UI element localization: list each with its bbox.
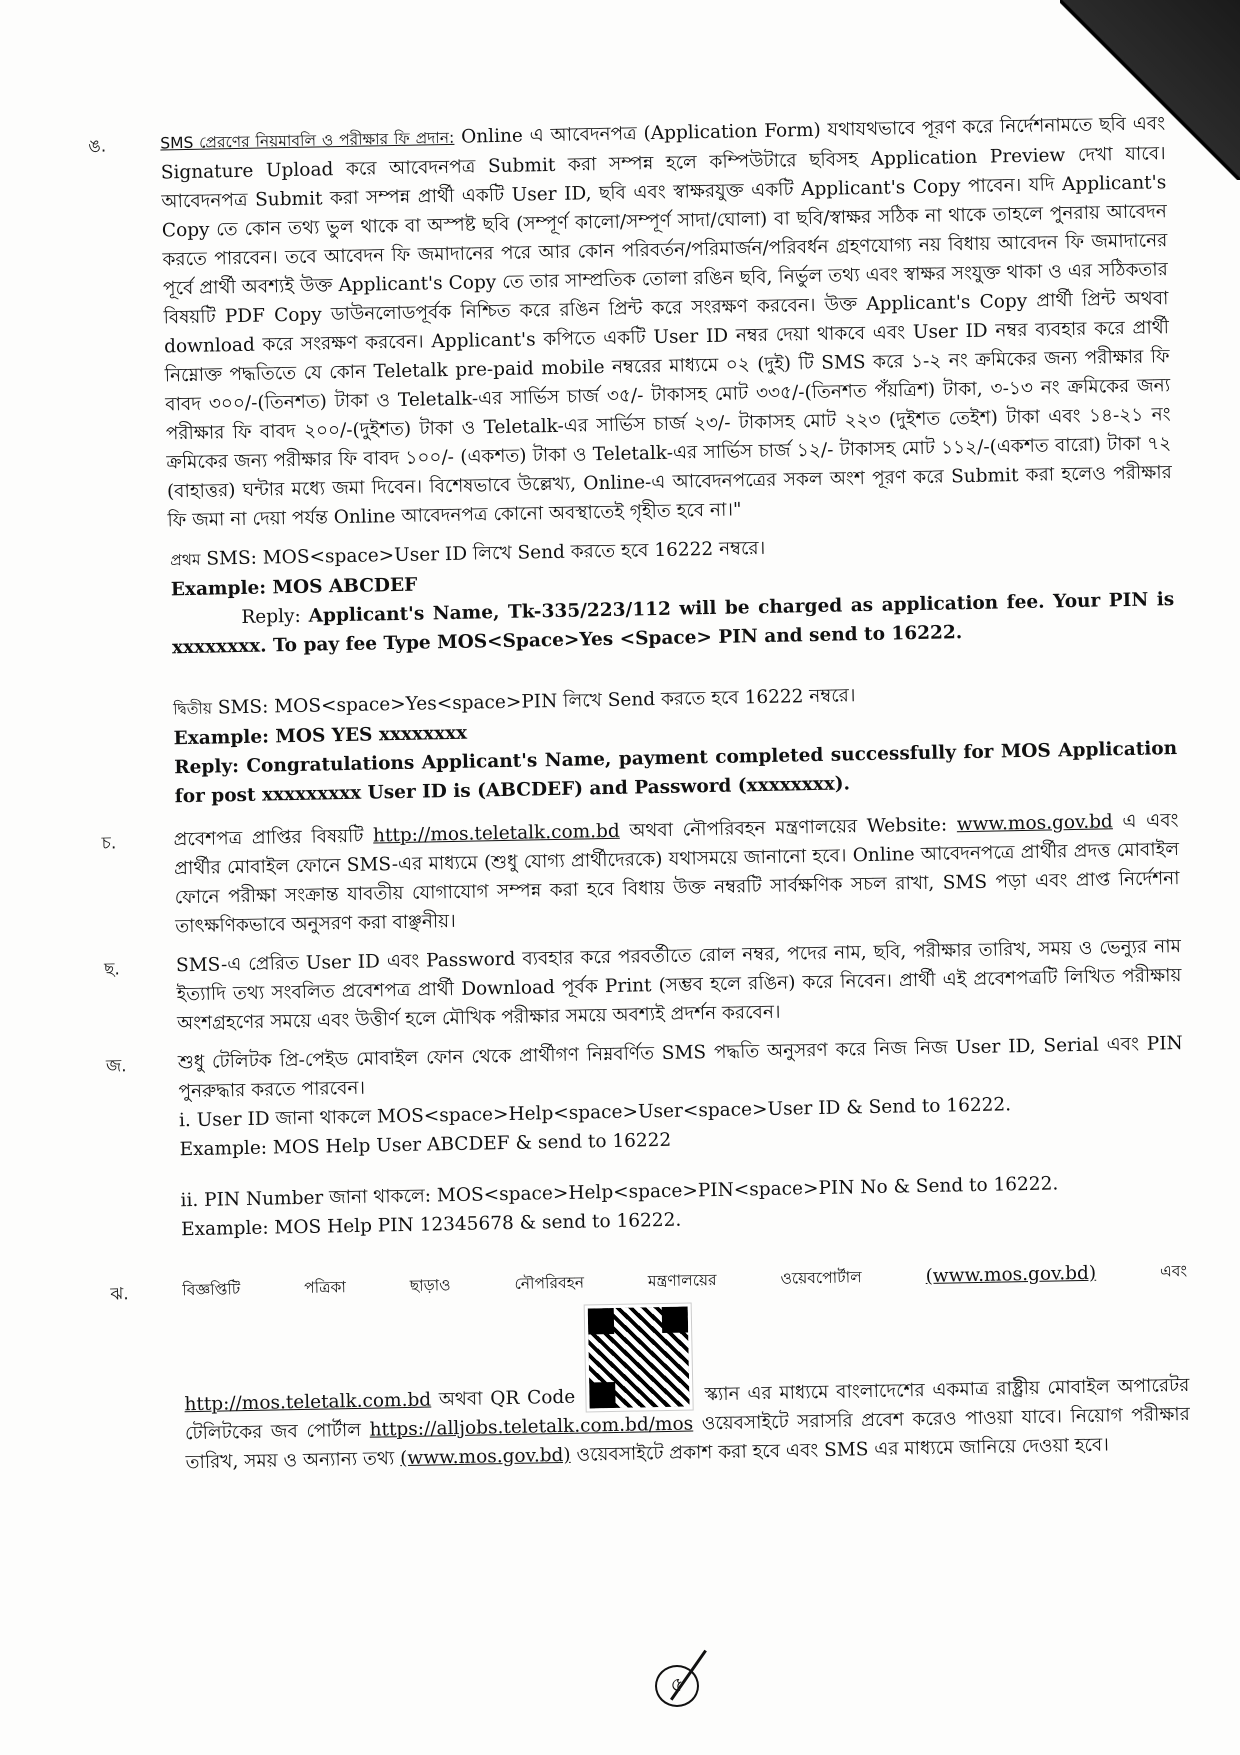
section-marker: জ. xyxy=(106,1053,127,1081)
alljobs-link[interactable]: https://alljobs.teletalk.com.bd/mos xyxy=(369,1413,693,1440)
section-marker: ঙ. xyxy=(88,134,106,162)
section-chha: ছ. SMS-এ প্রেরিত User ID এবং Password ব্… xyxy=(96,932,1182,1040)
mos-website-link[interactable]: www.mos.gov.bd xyxy=(957,811,1113,835)
section-ja: জ. শুধু টেলিটক প্রি-পেইড মোবাইল ফোন থেকে… xyxy=(98,1029,1187,1246)
section-marker: চ. xyxy=(101,830,116,858)
page-number: ৫ xyxy=(655,1665,699,1707)
section-cha: চ. প্রবেশপত্র প্রাপ্তির বিষয়টি http://m… xyxy=(93,806,1180,943)
document-page: ঙ. SMS প্রেরণের নিয়মাবলি ও পরীক্ষার ফি … xyxy=(80,109,1191,1489)
section-body: SMS-এ প্রেরিত User ID এবং Password ব্যবহ… xyxy=(176,932,1182,1038)
section-jha: ঝ. বিজ্ঞপ্তিটি পত্রিকা ছাড়াও নৌপরিবহন ম… xyxy=(102,1257,1191,1479)
qr-code-icon[interactable] xyxy=(585,1303,693,1411)
section-uma: ঙ. SMS প্রেরণের নিয়মাবলি ও পরীক্ষার ফি … xyxy=(80,109,1173,537)
section-marker: ছ. xyxy=(104,956,120,984)
teletalk-link[interactable]: http://mos.teletalk.com.bd xyxy=(373,821,620,847)
section-heading: SMS প্রেরণের নিয়মাবলি ও পরীক্ষার ফি প্র… xyxy=(160,129,454,153)
teletalk-link[interactable]: http://mos.teletalk.com.bd xyxy=(184,1389,431,1415)
section-marker: ঝ. xyxy=(110,1281,129,1309)
mos-website-link[interactable]: (www.mos.gov.bd) xyxy=(400,1445,571,1469)
sms-label: প্রথম xyxy=(170,551,201,570)
sms-first-block: প্রথম SMS: MOS<space>User ID লিখে Send ক… xyxy=(88,526,1175,664)
section-body: Online এ আবেদনপত্র (Application Form) যথ… xyxy=(161,113,1172,531)
sms-instruction: SMS: MOS<space>User ID লিখে Send করতে হব… xyxy=(200,538,765,570)
sms-second-block: দ্বিতীয় SMS: MOS<space>Yes<space>PIN লি… xyxy=(91,675,1178,813)
mos-website-link[interactable]: (www.mos.gov.bd) xyxy=(925,1259,1096,1291)
sms-label: দ্বিতীয় xyxy=(173,700,212,719)
